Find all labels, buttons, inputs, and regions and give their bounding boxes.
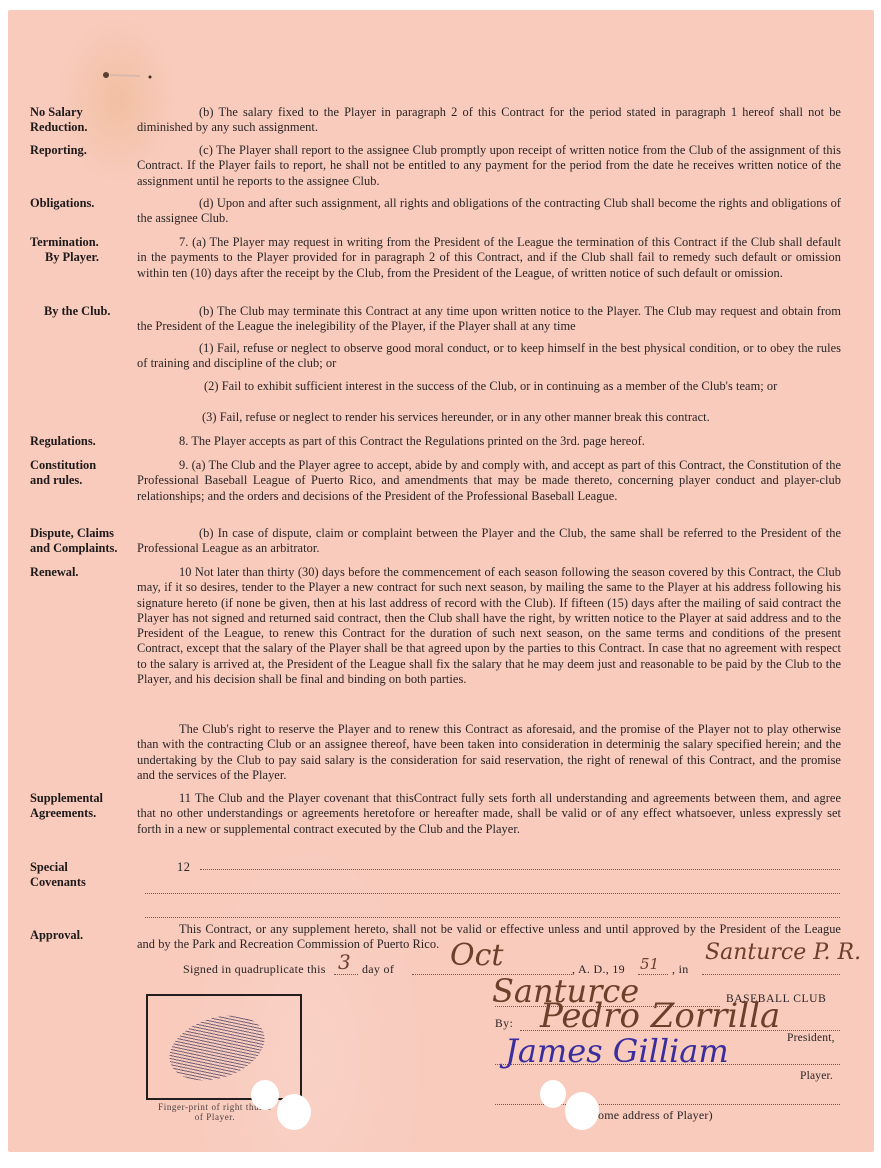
section-text-termination: 7. (a) The Player may request in writing… bbox=[137, 235, 841, 281]
signing-prefix-text: Signed in quadruplicate this bbox=[183, 962, 326, 977]
section-label-regulations: Regulations. bbox=[30, 434, 140, 449]
punch-hole bbox=[540, 1080, 566, 1108]
year-value[interactable]: 51 bbox=[640, 955, 659, 973]
section-label-no-salary-reduction: No Salary Reduction. bbox=[30, 105, 140, 135]
month-value[interactable]: Oct bbox=[450, 938, 503, 973]
day-value[interactable]: 3 bbox=[338, 950, 351, 974]
player-label: Player. bbox=[800, 1070, 833, 1082]
place-field-line[interactable] bbox=[702, 974, 840, 975]
covenant-line-1[interactable] bbox=[200, 869, 840, 870]
section-label-constitution: Constitution and rules. bbox=[30, 458, 140, 488]
section-text-constitution: 9. (a) The Club and the Player agree to … bbox=[137, 458, 841, 504]
fingerprint-box bbox=[146, 994, 302, 1100]
section-label-termination: Termination. By Player. bbox=[30, 235, 140, 265]
punch-hole bbox=[565, 1092, 599, 1130]
section-label-dispute: Dispute, Claims and Complaints. bbox=[30, 526, 140, 556]
section-text-dispute: (b) In case of dispute, claim or complai… bbox=[137, 526, 841, 557]
section-text-no-salary-reduction: (b) The salary fixed to the Player in pa… bbox=[137, 105, 841, 136]
player-signature-line[interactable] bbox=[495, 1064, 840, 1065]
punch-hole bbox=[277, 1094, 311, 1130]
home-address-label: (Home address of Player) bbox=[585, 1108, 713, 1123]
day-label: day of bbox=[362, 962, 394, 977]
in-label: , in bbox=[672, 962, 689, 977]
section-label-obligations: Obligations. bbox=[30, 196, 140, 211]
section-label-renewal: Renewal. bbox=[30, 565, 140, 580]
section-text-reporting: (c) The Player shall report to the assig… bbox=[137, 143, 841, 189]
place-value[interactable]: Santurce P. R. bbox=[705, 940, 861, 965]
section-text-by-the-club-3: (3) Fail, refuse or neglect to render hi… bbox=[137, 410, 841, 425]
fingerprint-mark bbox=[161, 1004, 273, 1091]
covenant-line-3[interactable] bbox=[145, 917, 840, 918]
section-text-by-the-club: (b) The Club may terminate this Contract… bbox=[137, 304, 841, 335]
stain-mark bbox=[100, 71, 160, 79]
section-label-special-covenants: Special Covenants bbox=[30, 860, 140, 890]
section-text-reserve: The Club's right to reserve the Player a… bbox=[137, 722, 841, 783]
section-text-supplemental: 11 The Club and the Player covenant that… bbox=[137, 791, 841, 837]
section-label-approval: Approval. bbox=[30, 928, 140, 943]
section-text-regulations: 8. The Player accepts as part of this Co… bbox=[137, 434, 841, 449]
section-label-supplemental: Supplemental Agreements. bbox=[30, 791, 140, 821]
section-text-obligations: (d) Upon and after such assignment, all … bbox=[137, 196, 841, 227]
section-text-renewal: 10 Not later than thirty (30) days befor… bbox=[137, 565, 841, 687]
section-text-by-the-club-1: (1) Fail, refuse or neglect to observe g… bbox=[137, 341, 841, 372]
president-signature[interactable]: Pedro Zorrilla bbox=[540, 996, 780, 1036]
covenant-number: 12 bbox=[177, 860, 191, 875]
president-label: President, bbox=[787, 1032, 835, 1044]
year-field-line[interactable] bbox=[638, 974, 668, 975]
covenant-line-2[interactable] bbox=[145, 893, 840, 894]
punch-hole bbox=[251, 1080, 279, 1110]
day-field-line[interactable] bbox=[334, 974, 358, 975]
section-text-by-the-club-2: (2) Fail to exhibit sufficient interest … bbox=[137, 379, 841, 394]
by-label: By: bbox=[495, 1018, 513, 1030]
section-label-reporting: Reporting. bbox=[30, 143, 140, 158]
